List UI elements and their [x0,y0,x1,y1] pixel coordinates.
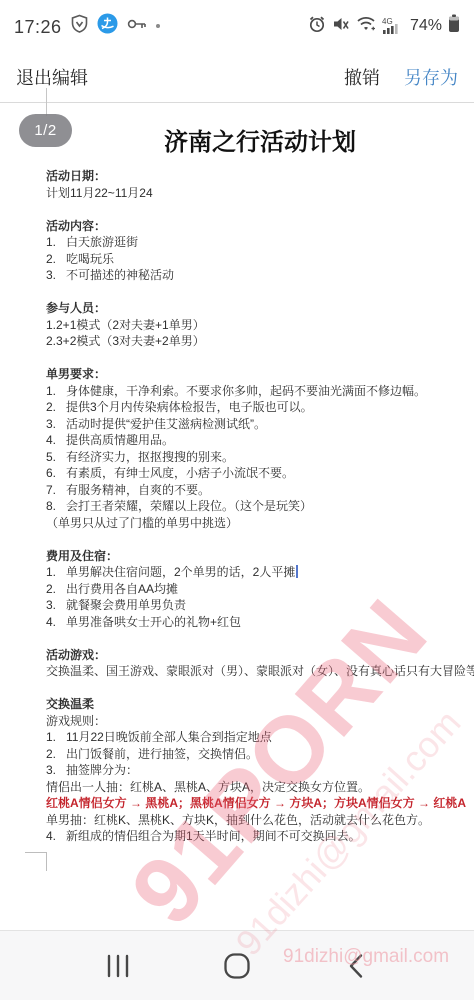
doc-paragraph[interactable]: 1.11月22日晚饭前全部人集合到指定地点 [46,729,466,746]
doc-paragraph[interactable]: 计划11月22~11月24 [46,185,466,202]
signal-4g-icon: 4G [382,17,404,35]
android-nav-bar [0,930,474,1000]
doc-paragraph[interactable]: 活动内容： [46,218,466,235]
doc-paragraph[interactable]: 单男抽：红桃K、黑桃K、方块K，抽到什么花色，活动就去什么花色方。 [46,812,466,829]
doc-paragraph[interactable]: 8.会打王者荣耀，荣耀以上段位。（这个是玩笑） [46,498,466,515]
key-icon [127,17,147,35]
doc-paragraph[interactable]: 4.提供高质情趣用品。 [46,432,466,449]
mute-icon [332,15,350,38]
back-icon[interactable] [326,936,386,996]
doc-paragraph[interactable]: 交换温柔 [46,696,466,713]
doc-paragraph[interactable]: 2.吃喝玩乐 [46,251,466,268]
doc-paragraph[interactable]: 2.出门饭餐前，进行抽签，交换情侣。 [46,746,466,763]
doc-paragraph[interactable]: 1.2+1模式（2对夫妻+1单男） [46,317,466,334]
status-bar: 17:26 4G 74% [0,0,474,52]
battery-icon [448,14,460,38]
alarm-icon [308,15,326,38]
alipay-icon [97,13,118,39]
doc-paragraph[interactable]: （单男只从过了门槛的单男中挑选） [46,515,466,532]
blank-line [46,680,466,697]
doc-paragraph[interactable]: 1.白天旅游逛街 [46,234,466,251]
blank-line [46,284,466,301]
shield-icon [71,14,88,38]
doc-paragraph[interactable]: 情侣出一人抽：红桃A、黑桃A、方块A，决定交换女方位置。 [46,779,466,796]
doc-paragraph[interactable]: 单男要求： [46,366,466,383]
document-page: 1/2 济南之行活动计划 活动日期：计划11月22~11月24活动内容：1.白天… [0,102,474,930]
doc-paragraph[interactable]: 活动游戏： [46,647,466,664]
doc-paragraph[interactable]: 6.有素质，有绅士风度，小痞子小流氓不要。 [46,465,466,482]
doc-paragraph[interactable]: 1.单男解决住宿问题，2个单男的话，2人平摊 [46,564,466,581]
doc-paragraph[interactable]: 2.出行费用各自AA均摊 [46,581,466,598]
text-cursor [296,565,298,578]
doc-paragraph[interactable]: 7.有服务精神，自爽的不要。 [46,482,466,499]
document-body[interactable]: 活动日期：计划11月22~11月24活动内容：1.白天旅游逛街2.吃喝玩乐3.不… [46,168,466,845]
document-title[interactable]: 济南之行活动计划 [46,122,474,157]
page-top-boundary [0,102,474,103]
doc-paragraph[interactable]: 费用及住宿： [46,548,466,565]
doc-paragraph[interactable]: 红桃A情侣女方 → 黑桃A；黑桃A情侣女方 → 方块A；方块A情侣女方 → 红桃… [46,795,466,812]
doc-paragraph[interactable]: 3.就餐聚会费用单男负责 [46,597,466,614]
doc-paragraph[interactable]: 3.不可描述的神秘活动 [46,267,466,284]
clock-time: 17:26 [14,15,62,38]
wifi-plus-icon [356,15,376,37]
page-bottom-corner-mark [25,852,47,871]
recents-icon[interactable] [88,936,148,996]
save-as-button[interactable]: 另存为 [404,64,458,90]
blank-line [46,201,466,218]
blank-line [46,531,466,548]
doc-paragraph[interactable]: 游戏规则： [46,713,466,730]
doc-paragraph[interactable]: 交换温柔、国王游戏、蒙眼派对（男）、蒙眼派对（女）、没有真心话只有大冒险等 [46,663,466,680]
phone-screen: 17:26 4G 74% [0,0,474,1000]
edit-toolbar: 退出编辑 撤销 另存为 [0,52,474,102]
doc-paragraph[interactable]: 4.单男准备哄女士开心的礼物+红包 [46,614,466,631]
svg-text:4G: 4G [382,17,393,26]
doc-paragraph[interactable]: 3.活动时提供“爱护佳艾滋病检测试纸”。 [46,416,466,433]
undo-button[interactable]: 撤销 [344,64,380,90]
exit-edit-button[interactable]: 退出编辑 [16,64,88,90]
doc-paragraph[interactable]: 活动日期： [46,168,466,185]
doc-paragraph[interactable]: 2.3+2模式（3对夫妻+2单男） [46,333,466,350]
doc-paragraph[interactable]: 5.有经济实力，抠抠搜搜的别来。 [46,449,466,466]
page-left-margin-mark [46,88,47,116]
doc-paragraph[interactable]: 1.身体健康，干净利索。不要求你多帅，起码不要油光满面不修边幅。 [46,383,466,400]
doc-paragraph[interactable]: 2.提供3个月内传染病体检报告，电子版也可以。 [46,399,466,416]
blank-line [46,630,466,647]
battery-percent: 74% [410,17,442,35]
home-icon[interactable] [207,936,267,996]
doc-paragraph[interactable]: 3.抽签牌分为： [46,762,466,779]
doc-paragraph[interactable]: 4.新组成的情侣组合为期1天半时间，期间不可交换回去。 [46,828,466,845]
notification-dot [156,24,160,28]
doc-paragraph[interactable]: 参与人员： [46,300,466,317]
blank-line [46,350,466,367]
